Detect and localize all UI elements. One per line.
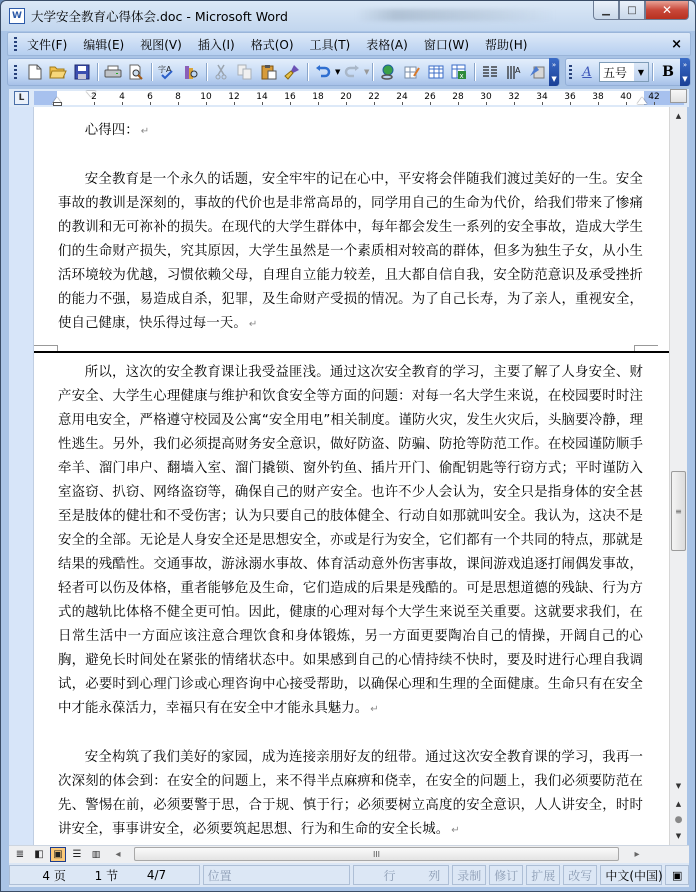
thumb-grip-icon: ≡ [675,507,682,516]
format-painter-button[interactable] [282,61,304,83]
ruler-tick [514,102,515,105]
print-preview-icon [128,64,144,80]
ruler-number: 30 [480,92,491,102]
window-title: 大学安全教育心得体会.doc - Microsoft Word [31,7,288,25]
ruler-number: 28 [452,92,463,102]
status-page-of: 4/7 [147,868,166,882]
scissors-icon [214,64,228,80]
menu-help[interactable]: 帮助(H) [477,36,535,53]
ruler-tick [150,102,151,105]
toolbar-separator [474,63,475,81]
ruler-tick [234,102,235,105]
chevron-right-icon: » [683,61,687,69]
ruler-tick [318,102,319,105]
ruler-number: 18 [312,92,323,102]
styles-icon: A [582,65,591,80]
ruler-number: 6 [147,92,153,102]
arrow-right-icon: ▸ [634,849,639,860]
ruler-number: 34 [536,92,547,102]
close-button[interactable]: ✕ [645,1,689,20]
window-controls: ▁ □ ✕ [593,1,689,20]
vertical-scrollbar[interactable]: ▲ ≡ ▼ ▲ ● ▼ [669,107,687,845]
scroll-left-button[interactable]: ◂ [110,847,126,862]
maximize-button[interactable]: □ [619,1,645,20]
copy-button[interactable] [234,61,256,83]
hyperlink-globe-icon [380,64,396,80]
paragraph: 安全构筑了我们美好的家园，成为连接亲朋好友的纽带。通过这次安全教育课的学习，我再… [58,746,643,843]
close-document-button[interactable]: × [671,37,682,52]
chevron-down-icon[interactable]: ▼ [634,63,648,81]
ruler-number: 42 [648,92,659,102]
spelling-book-icon: ▣ [672,869,682,882]
status-track-changes[interactable]: 修订 [489,865,523,885]
scroll-thumb[interactable]: ≡ [671,471,686,551]
menu-window[interactable]: 窗口(W) [416,36,477,53]
status-extend[interactable]: 扩展 [526,865,560,885]
split-box[interactable] [670,89,687,103]
research-books-icon [183,64,199,80]
drawing-button[interactable]: A [503,61,525,83]
paste-clipboard-icon [261,64,277,80]
ruler-number: 16 [284,92,295,102]
scroll-right-button[interactable]: ▸ [629,847,645,862]
standard-toolbar: 字A ▼ ▼ [7,58,560,86]
redo-button[interactable] [341,61,363,83]
status-bar: 4 页 1 节 4/7 位置 行 列 录制 修订 扩展 改写 中文(中国) ▣ [9,863,689,887]
ruler-tick [430,102,431,105]
ruler-tick [542,102,543,105]
page-3-text[interactable]: 心得四：↵ 安全教育是一个永久的话题，安全牢牢的记在心中，平安将会伴随我们渡过美… [58,119,643,337]
document-map-icon [529,64,545,80]
outline-view-button[interactable]: ☰ [69,847,85,862]
print-layout-view-button[interactable]: ▣ [50,847,66,862]
ruler-number: 26 [424,92,435,102]
document-area[interactable]: 心得四：↵ 安全教育是一个永久的话题，安全牢牢的记在心中，平安将会伴随我们渡过美… [9,107,669,845]
toolbar-grip-handle[interactable] [14,65,17,79]
formatting-toolbar: A 五号 ▼ B »▼ [565,58,691,86]
chevron-down-icon: ▼ [551,75,556,83]
ruler-number: 10 [200,92,211,102]
format-painter-brush-icon [284,64,300,80]
ruler-tick [402,102,403,105]
toolbar-separator [151,63,152,81]
svg-text:A: A [515,66,521,75]
ruler-number: 38 [592,92,603,102]
ruler-tick [206,102,207,105]
styles-formatting-button[interactable]: A [576,61,598,83]
menu-bar: 文件(F) 编辑(E) 视图(V) 插入(I) 格式(O) 工具(T) 表格(A… [7,32,691,56]
status-page-info[interactable]: 4 页 1 节 4/7 [9,865,200,885]
menu-table[interactable]: 表格(A) [358,36,416,53]
ruler-tick [598,102,599,105]
next-page-icon: ▼ [676,832,681,840]
toolbar-separator [206,63,207,81]
left-margin-area [9,107,34,845]
save-button[interactable] [71,61,93,83]
paragraph-mark-icon: ↵ [141,126,149,137]
document-map-button[interactable] [526,61,548,83]
excel-sheet-icon: x [451,64,467,80]
open-button[interactable] [48,61,70,83]
status-position[interactable]: 位置 [203,865,350,885]
status-column: 列 [428,867,440,884]
ruler-tick [570,102,571,105]
page-4-text[interactable]: 所以，这次的安全教育课让我受益匪浅。通过这次安全教育的学习，主要了解了人身安全、… [58,361,643,843]
new-document-icon [28,64,42,80]
thumb-grip-icon: III [373,850,380,859]
maximize-icon: □ [627,5,636,16]
ruler-number: 36 [564,92,575,102]
page-break-divider [34,351,669,353]
ruler-tick [178,102,179,105]
toolbar-grip-handle[interactable] [569,65,572,79]
paste-button[interactable] [258,61,280,83]
print-layout-icon: ▣ [53,849,62,860]
save-disk-icon [74,64,90,80]
status-overtype[interactable]: 改写 [563,865,597,885]
font-size-select[interactable]: 五号 ▼ [599,62,649,82]
drawing-text-direction-icon: A [506,64,522,80]
ruler-row: L 24681012141618202224262830323436384042 [9,89,689,107]
ruler-tick [262,102,263,105]
spelling-status-button[interactable]: ▣ [665,865,689,885]
spelling-check-icon: 字A [158,64,176,80]
title-bar: W 大学安全教育心得体会.doc - Microsoft Word ▁ □ ✕ [1,1,695,31]
select-browse-object-button[interactable]: ● [670,811,687,828]
view-and-hscroll-bar: ≣ ◧ ▣ ☰ ▥ ◂ III ▸ [9,845,689,863]
print-preview-button[interactable] [126,61,148,83]
tables-borders-button[interactable] [401,61,423,83]
next-page-button[interactable]: ▼ [670,827,687,844]
redo-dropdown-icon[interactable]: ▼ [364,68,369,76]
ruler-tick [626,102,627,105]
insert-hyperlink-button[interactable] [377,61,399,83]
tables-borders-pencil-icon [404,64,420,80]
ruler-tick [290,102,291,105]
close-icon: ✕ [662,3,672,17]
web-layout-icon: ◧ [34,849,43,860]
scroll-down-button[interactable]: ▼ [670,777,687,794]
paragraph: 安全教育是一个永久的话题，安全牢牢的记在心中，平安将会伴随我们渡过美好的一生。安… [58,168,643,337]
ruler-number: 4 [119,92,125,102]
previous-page-button[interactable]: ▲ [670,795,687,812]
arrow-up-icon: ▲ [676,112,681,120]
chevron-down-icon: ▼ [682,75,687,83]
status-language[interactable]: 中文(中国) [600,865,662,885]
ruler-tick [94,102,95,105]
ruler-number: 14 [256,92,267,102]
ruler-number: 12 [228,92,239,102]
insert-table-button[interactable] [425,61,447,83]
normal-view-icon: ≣ [16,849,24,860]
toolbar-separator [652,63,653,81]
previous-page-icon: ▲ [676,800,681,808]
toolbar-separator [97,63,98,81]
ruler-number: 22 [368,92,379,102]
undo-arrow-icon [315,64,331,80]
word-app-icon[interactable]: W [9,8,25,24]
chevron-right-icon: » [552,61,556,69]
scroll-up-button[interactable]: ▲ [670,107,687,124]
toolbar-separator [372,63,373,81]
columns-icon [482,65,498,79]
outline-view-icon: ☰ [73,849,82,860]
menu-tools[interactable]: 工具(T) [302,36,359,53]
doc-heading: 心得四：↵ [58,119,643,144]
paragraph: 所以，这次的安全教育课让我受益匪浅。通过这次安全教育的学习，主要了解了人身安全、… [58,361,643,722]
undo-dropdown-icon[interactable]: ▼ [335,68,340,76]
toolbar-separator [307,63,308,81]
paragraph-mark-icon: ↵ [451,825,459,836]
ruler-tick [374,102,375,105]
title-bar-glass [356,9,556,21]
normal-view-button[interactable]: ≣ [12,847,28,862]
menu-file[interactable]: 文件(F) [23,36,75,53]
browse-object-icon: ● [675,815,683,825]
bold-button[interactable]: B [657,61,679,83]
ruler-tick [346,102,347,105]
word-window: W 大学安全教育心得体会.doc - Microsoft Word ▁ □ ✕ … [0,0,696,892]
ruler-number: 40 [620,92,631,102]
ruler-tick [122,102,123,105]
right-indent-marker[interactable] [637,97,647,104]
columns-button[interactable] [479,61,501,83]
new-document-button[interactable] [24,61,46,83]
open-folder-icon [49,65,67,79]
ruler-tick [458,102,459,105]
status-page: 4 页 [42,867,65,884]
ruler-number: 32 [508,92,519,102]
menu-insert[interactable]: 插入(I) [190,36,243,53]
status-line: 行 [384,867,396,884]
copy-icon [237,64,253,80]
research-button[interactable] [180,61,202,83]
menu-format[interactable]: 格式(O) [243,36,302,53]
menu-edit[interactable]: 编辑(E) [75,36,132,53]
svg-text:x: x [460,72,464,80]
status-record[interactable]: 录制 [452,865,486,885]
ruler-number: 20 [340,92,351,102]
horizontal-scroll-thumb[interactable]: III [134,847,619,861]
menu-grip-handle[interactable] [14,37,17,51]
minimize-icon: ▁ [602,5,610,16]
menu-view[interactable]: 视图(V) [132,36,190,53]
paragraph-mark-icon: ↵ [249,319,257,330]
paragraph-mark-icon: ↵ [370,704,378,715]
arrow-down-icon: ▼ [676,782,681,790]
undo-button[interactable] [312,61,334,83]
print-button[interactable] [102,61,124,83]
insert-excel-button[interactable]: x [448,61,470,83]
arrow-left-icon: ◂ [115,849,120,860]
reading-layout-view-button[interactable]: ▥ [88,847,104,862]
hanging-indent-box[interactable] [53,102,62,106]
tab-selector-button[interactable]: L [14,91,29,105]
ruler-tick [486,102,487,105]
horizontal-ruler[interactable]: 24681012141618202224262830323436384042 [34,91,649,105]
font-size-value: 五号 [603,64,634,81]
spelling-grammar-button[interactable]: 字A [156,61,178,83]
ruler-number: 2 [91,92,97,102]
toolbar-options-button[interactable]: »▼ [680,58,690,86]
cut-button[interactable] [211,61,233,83]
status-line-column[interactable]: 行 列 [353,865,450,885]
table-grid-icon [428,65,444,79]
ruler-number: 24 [396,92,407,102]
printer-icon [104,65,122,79]
toolbar-options-button[interactable]: »▼ [549,58,559,86]
redo-arrow-icon [344,64,360,80]
reading-layout-icon: ▥ [92,850,101,860]
minimize-button[interactable]: ▁ [593,1,619,20]
toolbar-row: 字A ▼ ▼ [7,58,691,86]
ruler-tick [654,102,655,105]
status-section: 1 节 [95,867,118,884]
web-layout-view-button[interactable]: ◧ [31,847,47,862]
ruler-number: 8 [175,92,181,102]
